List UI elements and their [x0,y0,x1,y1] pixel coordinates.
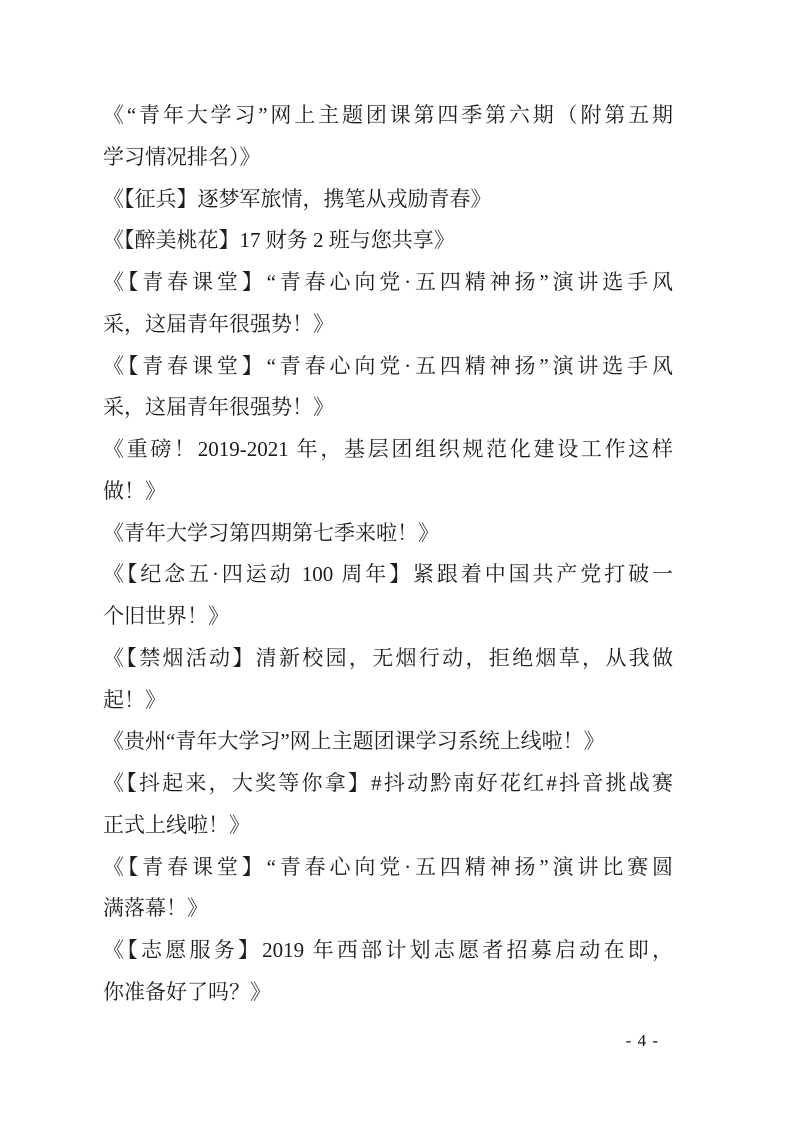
text-line: 《【青春课堂】“青春心向党·五四精神扬”演讲选手风 [103,262,673,304]
article-title-list: 《“青年大学习”网上主题团课第四季第六期（附第五期学习情况排名）》《【征兵】逐梦… [103,95,673,1014]
text-line: 学习情况排名）》 [103,137,673,179]
list-item: 《【青春课堂】“青春心向党·五四精神扬”演讲选手风采，这届青年很强势！》 [103,262,673,346]
text-line: 采，这届青年很强势！》 [103,304,673,346]
text-line: 《【纪念五·四运动 100 周年】紧跟着中国共产党打破一 [103,554,673,596]
list-item: 《贵州“青年大学习”网上主题团课学习系统上线啦！》 [103,721,673,763]
text-line: 《【青春课堂】“青春心向党·五四精神扬”演讲选手风 [103,346,673,388]
list-item: 《【志愿服务】2019 年西部计划志愿者招募启动在即，你准备好了吗？》 [103,930,673,1014]
text-line: 起！》 [103,680,673,722]
text-line: 《青年大学习第四期第七季来啦！》 [103,513,673,555]
list-item: 《【青春课堂】“青春心向党·五四精神扬”演讲选手风采，这届青年很强势！》 [103,346,673,430]
text-line: 《【禁烟活动】清新校园，无烟行动，拒绝烟草，从我做 [103,638,673,680]
text-line: 做！》 [103,471,673,513]
page-number: - 4 - [626,1031,659,1050]
text-line: 《贵州“青年大学习”网上主题团课学习系统上线啦！》 [103,721,673,763]
list-item: 《【禁烟活动】清新校园，无烟行动，拒绝烟草，从我做起！》 [103,638,673,722]
list-item: 《青年大学习第四期第七季来啦！》 [103,513,673,555]
list-item: 《【醉美桃花】17 财务 2 班与您共享》 [103,220,673,262]
text-line: 正式上线啦！》 [103,805,673,847]
page-footer: - 4 - [103,1028,673,1054]
text-line: 《【志愿服务】2019 年西部计划志愿者招募启动在即， [103,930,673,972]
text-line: 满落幕！》 [103,888,673,930]
text-line: 个旧世界！》 [103,596,673,638]
list-item: 《“青年大学习”网上主题团课第四季第六期（附第五期学习情况排名）》 [103,95,673,179]
list-item: 《【征兵】逐梦军旅情，携笔从戎励青春》 [103,179,673,221]
text-line: 《重磅！2019-2021 年，基层团组织规范化建设工作这样 [103,429,673,471]
list-item: 《【抖起来，大奖等你拿】#抖动黔南好花红#抖音挑战赛正式上线啦！》 [103,763,673,847]
text-line: 你准备好了吗？》 [103,972,673,1014]
list-item: 《【青春课堂】“青春心向党·五四精神扬”演讲比赛圆满落幕！》 [103,847,673,931]
text-line: 采，这届青年很强势！》 [103,387,673,429]
text-line: 《【征兵】逐梦军旅情，携笔从戎励青春》 [103,179,673,221]
text-line: 《【抖起来，大奖等你拿】#抖动黔南好花红#抖音挑战赛 [103,763,673,805]
text-line: 《【青春课堂】“青春心向党·五四精神扬”演讲比赛圆 [103,847,673,889]
text-line: 《【醉美桃花】17 财务 2 班与您共享》 [103,220,673,262]
text-line: 《“青年大学习”网上主题团课第四季第六期（附第五期 [103,95,673,137]
list-item: 《【纪念五·四运动 100 周年】紧跟着中国共产党打破一个旧世界！》 [103,554,673,638]
list-item: 《重磅！2019-2021 年，基层团组织规范化建设工作这样做！》 [103,429,673,513]
document-page: 《“青年大学习”网上主题团课第四季第六期（附第五期学习情况排名）》《【征兵】逐梦… [0,0,793,1122]
